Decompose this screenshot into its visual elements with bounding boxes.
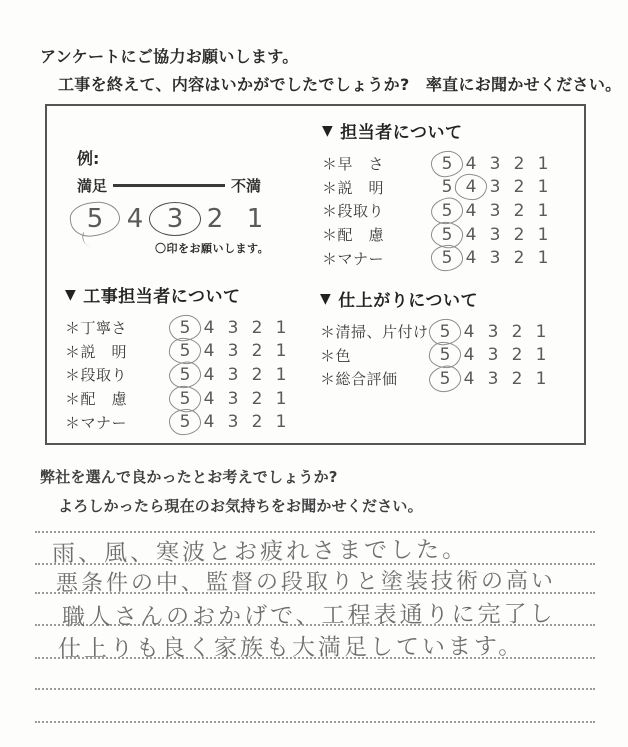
rating-row: ＊マナー54321 [322, 246, 555, 270]
rating-4: 4 [457, 369, 481, 389]
rating-5-circled: 5 [435, 248, 459, 268]
rating-4-circled: 4 [459, 177, 483, 197]
rating-1: 1 [269, 365, 293, 385]
rating-2: 2 [505, 322, 529, 342]
intro-line-2: 工事を終えて、内容はいかがでしたでしょうか? 率直にお聞かせください。 [58, 72, 621, 95]
rating-1: 1 [531, 201, 555, 221]
scale-legend: 満足 不満 [77, 175, 312, 196]
rating-2: 2 [507, 248, 531, 268]
rating-rows: ＊丁寧さ54321＊説 明54321＊段取り54321＊配 慮54321＊マナー… [65, 316, 293, 434]
rating-5-circled: 5 [173, 318, 197, 338]
rating-1: 1 [531, 248, 555, 268]
rating-3: 3 [483, 154, 507, 174]
ruled-line [35, 721, 595, 723]
rating-scale: 54321 [435, 248, 555, 268]
rating-2: 2 [507, 177, 531, 197]
rating-3: 3 [221, 341, 245, 361]
rating-scale: 54321 [435, 201, 555, 221]
triangle-marker-icon: ▼ [65, 287, 76, 303]
triangle-marker-icon: ▼ [320, 291, 331, 307]
rating-row: ＊マナー54321 [65, 410, 293, 434]
example-section: 例: 満足 不満 54321 〇印をお願いします。 [77, 146, 312, 256]
rating-row: ＊説 明54321 [322, 176, 555, 200]
rating-5-circled: 5 [435, 201, 459, 221]
example-rating-5-hand-circled: 5 [75, 204, 115, 234]
rating-3: 3 [221, 389, 245, 409]
rating-scale: 54321 [433, 322, 553, 342]
example-rating-row: 54321 [75, 204, 312, 234]
rating-4: 4 [197, 341, 221, 361]
rating-4: 4 [459, 201, 483, 221]
intro-line-1: アンケートにご協力お願いします。 [40, 44, 621, 67]
rating-row: ＊説 明54321 [65, 340, 293, 364]
rating-4: 4 [197, 412, 221, 432]
example-rating-2: 2 [195, 204, 235, 234]
survey-box: 例: 満足 不満 54321 〇印をお願いします。 ▼担当者について＊早 さ54… [45, 104, 586, 445]
rating-row-label: ＊マナー [65, 412, 173, 433]
rating-3: 3 [483, 225, 507, 245]
rating-1: 1 [529, 369, 553, 389]
rating-1: 1 [529, 345, 553, 365]
rating-3: 3 [221, 365, 245, 385]
rating-5-circled: 5 [435, 225, 459, 245]
rating-row-label: ＊配 慮 [65, 388, 173, 409]
rating-row-label: ＊配 慮 [322, 224, 435, 245]
rating-3: 3 [481, 345, 505, 365]
rating-4: 4 [457, 345, 481, 365]
rating-row: ＊丁寧さ54321 [65, 316, 293, 340]
rating-scale: 54321 [173, 412, 293, 432]
rating-1: 1 [269, 318, 293, 338]
rating-5: 5 [435, 177, 459, 197]
rating-row: ＊早 さ54321 [322, 152, 555, 176]
rating-row: ＊配 慮54321 [322, 223, 555, 247]
rating-3: 3 [483, 201, 507, 221]
followup-line-1: 弊社を選んで良かったとお考えでしょうか? [40, 466, 423, 487]
rating-2: 2 [245, 365, 269, 385]
rating-3: 3 [221, 412, 245, 432]
rating-scale: 54321 [173, 318, 293, 338]
rating-scale: 54321 [435, 225, 555, 245]
section-title: ▼仕上がりについて [320, 286, 553, 311]
rating-row-label: ＊マナー [322, 248, 435, 269]
rating-2: 2 [245, 341, 269, 361]
scale-line [113, 184, 225, 187]
rating-1: 1 [269, 341, 293, 361]
followup-question: 弊社を選んで良かったとお考えでしょうか? よろしかったら現在のお気持ちをお聞かせ… [40, 466, 423, 516]
rating-2: 2 [507, 154, 531, 174]
rating-row-label: ＊説 明 [65, 341, 173, 362]
rating-scale: 54321 [433, 345, 553, 365]
rating-2: 2 [245, 389, 269, 409]
rating-1: 1 [531, 225, 555, 245]
section-shiagari: ▼仕上がりについて＊清掃、片付け54321＊色54321＊総合評価54321 [320, 286, 553, 391]
rating-5-circled: 5 [435, 154, 459, 174]
rating-4: 4 [459, 154, 483, 174]
rating-row-label: ＊清掃、片付け [320, 321, 433, 342]
rating-row: ＊清掃、片付け54321 [320, 320, 553, 344]
section-title: ▼担当者について [322, 118, 555, 143]
dissatisfied-label: 不満 [231, 175, 261, 196]
rating-1: 1 [269, 412, 293, 432]
rating-3: 3 [481, 322, 505, 342]
followup-line-2: よろしかったら現在のお気持ちをお聞かせください。 [58, 495, 423, 516]
rating-row: ＊段取り54321 [322, 199, 555, 223]
intro-text: アンケートにご協力お願いします。 工事を終えて、内容はいかがでしたでしょうか? … [40, 44, 621, 95]
rating-5-circled: 5 [173, 389, 197, 409]
rating-2: 2 [507, 225, 531, 245]
rating-scale: 54321 [173, 341, 293, 361]
rating-1: 1 [529, 322, 553, 342]
rating-4: 4 [457, 322, 481, 342]
rating-3: 3 [221, 318, 245, 338]
triangle-marker-icon: ▼ [322, 123, 333, 139]
satisfied-label: 満足 [77, 175, 107, 196]
rating-row: ＊段取り54321 [65, 363, 293, 387]
example-rating-1: 1 [235, 204, 275, 234]
rating-2: 2 [245, 412, 269, 432]
example-rating-4: 4 [115, 204, 155, 234]
rating-2: 2 [505, 369, 529, 389]
section-kouji-tantousha: ▼工事担当者について＊丁寧さ54321＊説 明54321＊段取り54321＊配 … [65, 282, 293, 434]
example-rating-3-printed-circled: 3 [155, 204, 195, 234]
rating-4: 4 [197, 389, 221, 409]
rating-3: 3 [483, 248, 507, 268]
rating-scale: 54321 [435, 177, 555, 197]
rating-scale: 54321 [433, 369, 553, 389]
handwritten-comment-line: 仕上りも良く家族も大満足しています。 [58, 628, 524, 663]
circle-instruction: 〇印をお願いします。 [155, 240, 312, 256]
rating-2: 2 [507, 201, 531, 221]
section-title-text: 担当者について [340, 118, 462, 143]
rating-row-label: ＊説 明 [322, 177, 435, 198]
rating-row-label: ＊早 さ [322, 153, 435, 174]
rating-scale: 54321 [173, 365, 293, 385]
rating-5-circled: 5 [173, 365, 197, 385]
handwritten-comment-line: 職人さんのおかげで、工程表通りに完了し [62, 595, 556, 631]
section-title-text: 工事担当者について [83, 282, 240, 307]
rating-4: 4 [459, 248, 483, 268]
rating-row-label: ＊段取り [322, 200, 435, 221]
rating-1: 1 [531, 154, 555, 174]
rating-rows: ＊早 さ54321＊説 明54321＊段取り54321＊配 慮54321＊マナー… [322, 152, 555, 270]
rating-row-label: ＊総合評価 [320, 368, 433, 389]
ruled-line [35, 688, 595, 690]
example-label: 例: [77, 146, 312, 169]
rating-row-label: ＊丁寧さ [65, 317, 173, 338]
rating-scale: 54321 [173, 389, 293, 409]
rating-1: 1 [531, 177, 555, 197]
rating-row: ＊配 慮54321 [65, 387, 293, 411]
rating-row-label: ＊色 [320, 345, 433, 366]
section-tantousha: ▼担当者について＊早 さ54321＊説 明54321＊段取り54321＊配 慮5… [322, 118, 555, 270]
section-title-text: 仕上がりについて [338, 286, 478, 311]
rating-scale: 54321 [435, 154, 555, 174]
handwritten-comment-line: 悪条件の中、監督の段取りと塗装技術の高い [56, 564, 556, 598]
rating-3: 3 [483, 177, 507, 197]
rating-row: ＊総合評価54321 [320, 367, 553, 391]
rating-5-circled: 5 [173, 341, 197, 361]
rating-4: 4 [197, 318, 221, 338]
section-title: ▼工事担当者について [65, 282, 293, 307]
rating-row: ＊色54321 [320, 344, 553, 368]
handwritten-comment-line: 雨、風、寒波とお疲れさまでした。 [52, 531, 468, 568]
rating-4: 4 [459, 225, 483, 245]
rating-5-circled: 5 [433, 322, 457, 342]
rating-3: 3 [481, 369, 505, 389]
rating-1: 1 [269, 389, 293, 409]
rating-5-circled: 5 [433, 345, 457, 365]
rating-5-circled: 5 [173, 412, 197, 432]
rating-2: 2 [245, 318, 269, 338]
rating-2: 2 [505, 345, 529, 365]
rating-5-circled: 5 [433, 369, 457, 389]
rating-row-label: ＊段取り [65, 364, 173, 385]
rating-rows: ＊清掃、片付け54321＊色54321＊総合評価54321 [320, 320, 553, 391]
rating-4: 4 [197, 365, 221, 385]
